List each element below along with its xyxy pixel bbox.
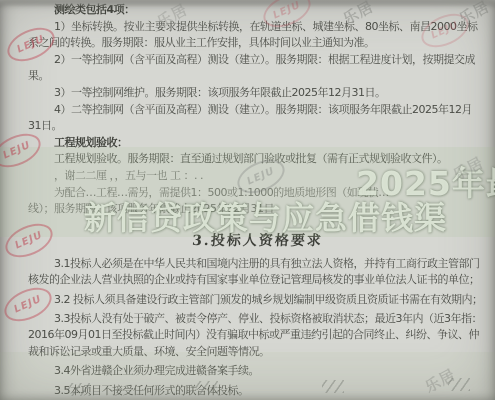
document-line: 2）一等控制网（含平面及高程）测设（建立）。服务期限：根据工程进度计划，按期提交… xyxy=(28,52,487,69)
document-line: 为配合…工程…需另，需提供1：500或1:1000的地质地形图（如现状… xyxy=(28,185,487,202)
document-line: 3.1投标人必须是在中华人民共和国境内注册的具有独立法人资格，并持有工商行政主管… xyxy=(28,256,487,272)
document-line: 31日。 xyxy=(28,118,487,135)
requirements-section: 3.1投标人必须是在中华人民共和国境内注册的具有独立法人资格，并持有工商行政主管… xyxy=(28,256,487,400)
document-line: 核发的企业法人营业执照的企业或持有国家事业单位登记管理局核发的事业单位法人证书的… xyxy=(28,272,487,288)
scanned-document-page: 测绘类包括4项：1）坐标转换。按业主要求提供坐标转换，在轨道坐标、城建坐标、80… xyxy=(0,0,495,400)
document-line: 1）坐标转换。按业主要求提供坐标转换，在轨道坐标、城建坐标、80坐标、南昌200… xyxy=(28,19,487,36)
document-line: 测绘类包括4项： xyxy=(28,2,487,19)
document-line: 裁和诉讼记录或重大质量、环境、安全问题等情况。 xyxy=(28,344,487,360)
document-line: 3.4外省进赣企业须办理完成进赣备案手续。 xyxy=(28,363,487,379)
document-line: 果。 xyxy=(28,68,487,85)
document-line: 3.2 投标人须具备建设行政主管部门颁发的城乡规划编制甲级资质且资质证书需在有效… xyxy=(28,292,487,308)
document-line: 4）二等控制网（含平面及高程）测设（建立）。服务期限：该项服务年限截止2025年… xyxy=(28,102,487,119)
document-line: 3.5本项目不接受任何形式的联合体投标。 xyxy=(28,383,487,399)
intro-section: 测绘类包括4项：1）坐标转换。按业主要求提供坐标转换，在轨道坐标、城建坐标、80… xyxy=(28,2,487,218)
document-line: 工程规划验收： xyxy=(28,135,487,152)
document-line: 3）一等控制网维护。服务期限：该项服务年限截止2025年12月31日。 xyxy=(28,85,487,102)
document-line: 系之间的转换。服务期限：服从业主工作安排，具体时间以业主通知为准。 xyxy=(28,35,487,52)
document-line: 2016年09月01日至投标截止时间内）没有骗取中标或严重违约引起的合同终止、纠… xyxy=(28,327,487,343)
document-line: ，谢二二厘 ，，五与一也 工 ：. . xyxy=(28,168,487,185)
document-line: 3.3投标人没有处于破产、被责令停产、停业、投标资格被取消状态；最近3年内（近3… xyxy=(28,311,487,327)
requirements-heading: 3.投标人资格要求 xyxy=(27,231,487,251)
document-body: 测绘类包括4项：1）坐标转换。按业主要求提供坐标转换，在轨道坐标、城建坐标、80… xyxy=(28,2,487,399)
document-line: 工程规划验收。服务期限：直至通过规划部门验收或批复（需有正式规划验收文件）。 xyxy=(28,151,487,168)
document-line: 线）；服务期限：该项服务年限截止2025年12月31日 xyxy=(28,201,487,218)
